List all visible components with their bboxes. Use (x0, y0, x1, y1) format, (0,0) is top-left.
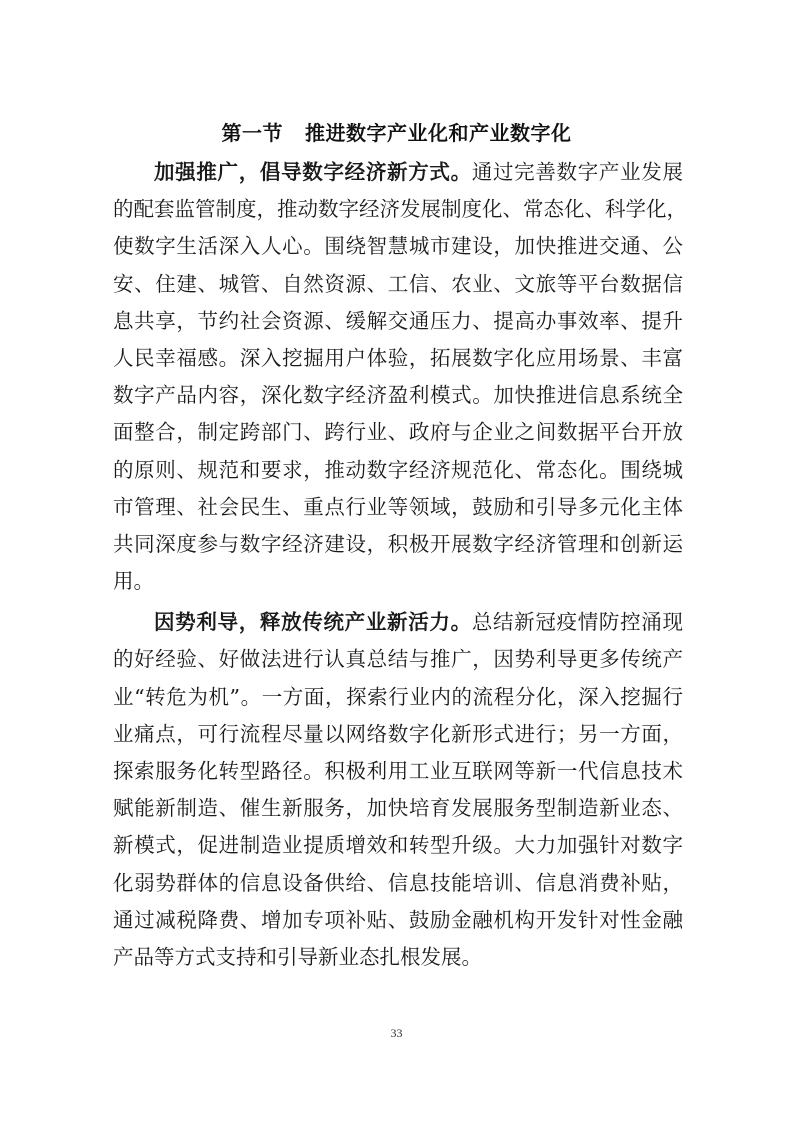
text-line: 的原则、规范和要求，推动数字经济规范化、常态化。围绕城 (113, 452, 683, 489)
text-line: 用。 (113, 563, 683, 600)
document-page: 第一节推进数字产业化和产业数字化 加强推广，倡导数字经济新方式。通过完善数字产业… (0, 0, 793, 1122)
text-line: 业“转危为机”。一方面，探索行业内的流程分化，深入挖掘行 (113, 679, 683, 716)
text-line: 数字产品内容，深化数字经济盈利模式。加快推进信息系统全 (113, 377, 683, 414)
text-line: 安、住建、城管、自然资源、工信、农业、文旅等平台数据信 (113, 266, 683, 303)
paragraph-traditional-industry: 因势利导，释放传统产业新活力。总结新冠疫情防控涌现 的好经验、好做法进行认真总结… (113, 604, 683, 976)
text-line: 新模式，促进制造业提质增效和转型升级。大力加强针对数字 (113, 827, 683, 864)
paragraph-lead: 因势利导，释放传统产业新活力。 (154, 610, 472, 634)
text-line: 人民幸福感。深入挖掘用户体验，拓展数字化应用场景、丰富 (113, 340, 683, 377)
document-body: 加强推广，倡导数字经济新方式。通过完善数字产业发展 的配套监管制度，推动数字经济… (113, 154, 683, 976)
text-line: 探索服务化转型路径。积极利用工业互联网等新一代信息技术 (113, 753, 683, 790)
text-line: 面整合，制定跨部门、跨行业、政府与企业之间数据平台开放 (113, 414, 683, 451)
text-line: 市管理、社会民生、重点行业等领域，鼓励和引导多元化主体 (113, 489, 683, 526)
text-line: 总结新冠疫情防控涌现 (472, 610, 683, 634)
text-line: 赋能新制造、催生新服务，加快培育发展服务型制造新业态、 (113, 790, 683, 827)
text-line: 使数字生活深入人心。围绕智慧城市建设，加快推进交通、公 (113, 228, 683, 265)
paragraph-digital-economy: 加强推广，倡导数字经济新方式。通过完善数字产业发展 的配套监管制度，推动数字经济… (113, 154, 683, 600)
text-line: 息共享，节约社会资源、缓解交通压力、提高办事效率、提升 (113, 303, 683, 340)
text-line: 产品等方式支持和引导新业态扎根发展。 (113, 939, 683, 976)
text-line: 通过完善数字产业发展 (472, 160, 683, 184)
section-heading: 推进数字产业化和产业数字化 (305, 121, 572, 145)
section-title: 第一节推进数字产业化和产业数字化 (0, 117, 793, 149)
page-number: 33 (0, 1026, 793, 1041)
text-line: 的好经验、好做法进行认真总结与推广，因势利导更多传统产 (113, 641, 683, 678)
paragraph-lead: 加强推广，倡导数字经济新方式。 (154, 160, 472, 184)
text-line: 化弱势群体的信息设备供给、信息技能培训、信息消费补贴， (113, 865, 683, 902)
paragraph-first-line: 加强推广，倡导数字经济新方式。通过完善数字产业发展 (113, 154, 683, 191)
text-line: 通过减税降费、增加专项补贴、鼓励金融机构开发针对性金融 (113, 902, 683, 939)
text-line: 共同深度参与数字经济建设，积极开展数字经济管理和创新运 (113, 526, 683, 563)
text-line: 的配套监管制度，推动数字经济发展制度化、常态化、科学化， (113, 191, 683, 228)
text-line: 业痛点，可行流程尽量以网络数字化新形式进行；另一方面， (113, 716, 683, 753)
paragraph-first-line: 因势利导，释放传统产业新活力。总结新冠疫情防控涌现 (113, 604, 683, 641)
section-number: 第一节 (222, 121, 284, 145)
